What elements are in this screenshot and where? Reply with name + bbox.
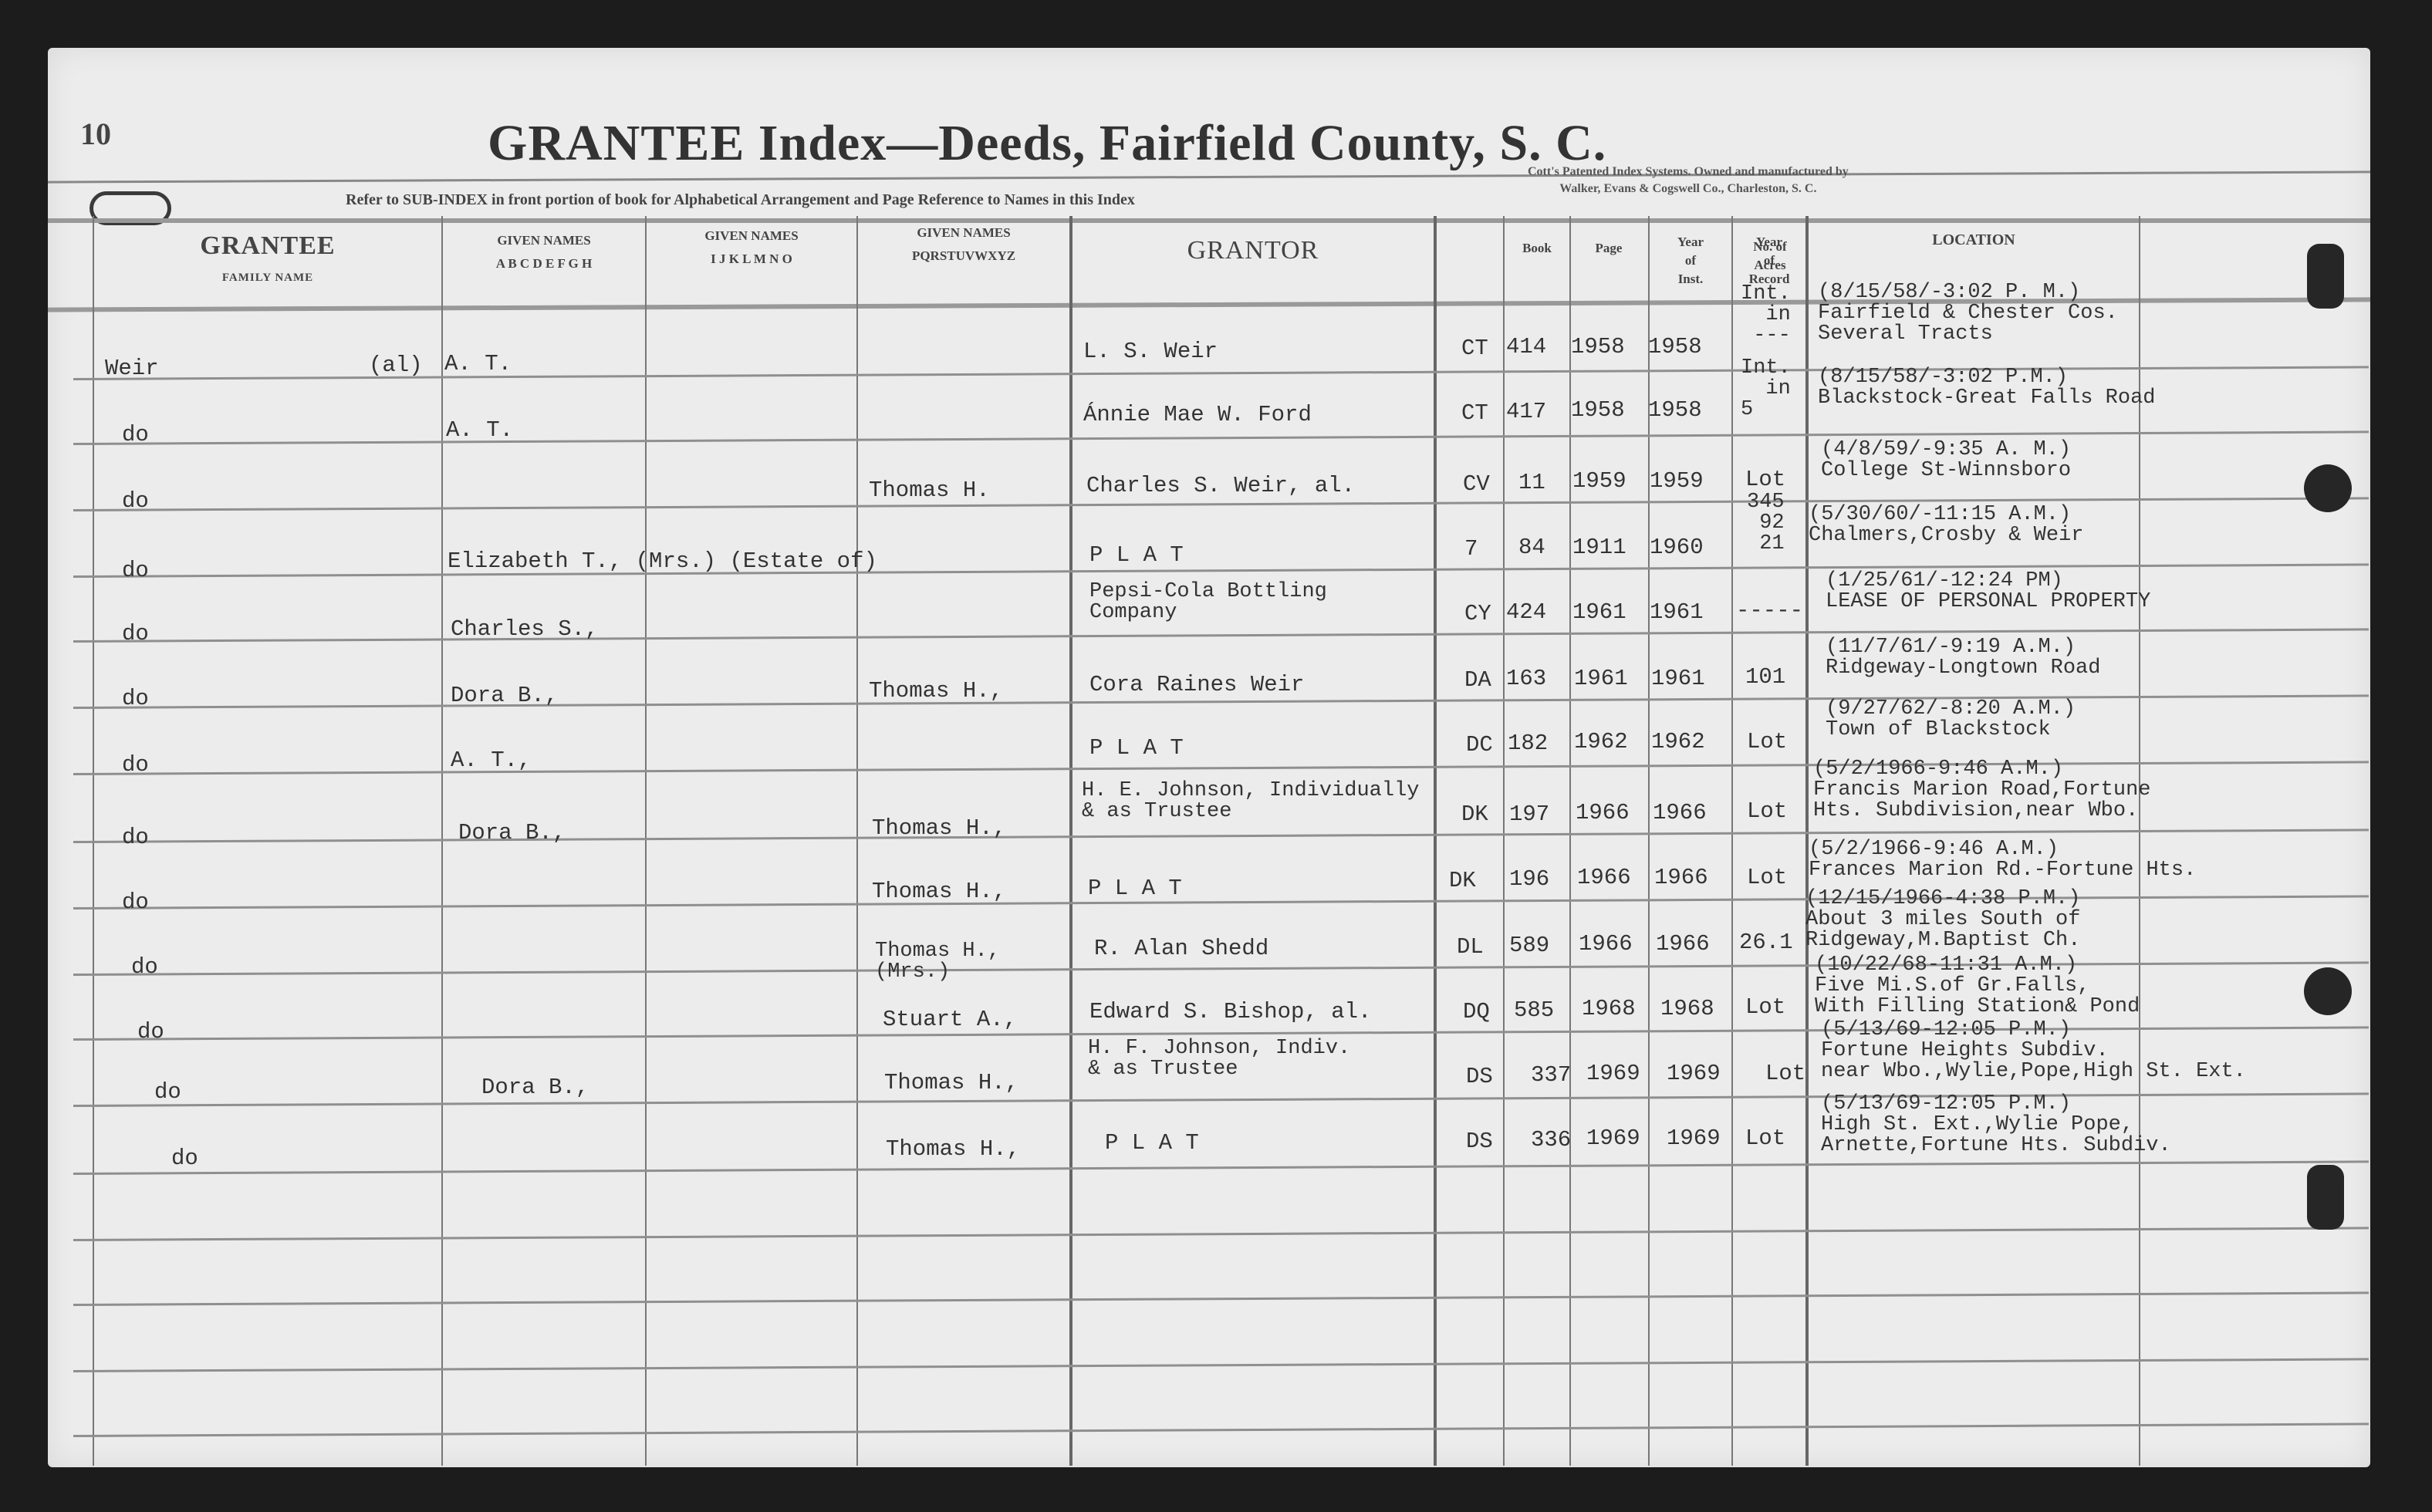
row-given-a-h: Dora B., (458, 821, 566, 845)
row-given-a-h: A. T., (451, 748, 531, 773)
header-location-label: LOCATION (1932, 231, 2015, 248)
row-year-inst: 1968 (1582, 997, 1636, 1021)
header-grantor: GRANTOR (1072, 236, 1434, 265)
row-year-record: 1959 (1650, 469, 1704, 494)
row-year-record: 1966 (1653, 801, 1707, 825)
row-grantor: P L A T (1105, 1131, 1199, 1156)
header-given-a-h: GIVEN NAMES A B C D E F G H (443, 231, 645, 273)
row-year-record: 1966 (1654, 866, 1708, 890)
row-location: (5/30/60/-11:15 A.M.) Chalmers,Crosby & … (1809, 505, 2083, 546)
row-location: (8/15/58/-3:02 P.M.) Blackstock-Great Fa… (1818, 367, 2155, 409)
row-family-note: (al) (369, 353, 423, 378)
row-family-name: do (122, 753, 149, 778)
row-year-inst: 1966 (1579, 932, 1633, 957)
row-book: DK (1449, 869, 1476, 893)
row-page: 182 (1508, 731, 1548, 756)
row-book: DA (1464, 668, 1491, 693)
row-year-record: 1969 (1667, 1126, 1721, 1151)
row-location: (8/15/58/-3:02 P. M.) Fairfield & Cheste… (1818, 282, 2118, 345)
row-location: (5/2/1966-9:46 A.M.) Francis Marion Road… (1813, 759, 2150, 822)
header-year-inst: Year of Inst. (1650, 219, 1731, 302)
row-acres: Lot (1745, 1126, 1785, 1151)
row-book: 7 (1464, 537, 1478, 562)
row-given-p-z: Thomas H., (872, 879, 1006, 904)
row-given-p-z: Thomas H., (Mrs.) (875, 941, 1000, 983)
header-book: Book (1505, 239, 1569, 258)
row-given-p-z: Thomas H., (884, 1071, 1018, 1095)
row-given-a-h: Elizabeth T., (Mrs.) (Estate of) (448, 549, 877, 574)
row-book: DK (1461, 802, 1488, 827)
row-year-inst: 1966 (1577, 866, 1631, 890)
row-location: (9/27/62/-8:20 A.M.) Town of Blackstock (1826, 699, 2076, 741)
row-family-name: do (171, 1146, 198, 1171)
row-family-name: do (131, 955, 158, 980)
header-grantee: GRANTEE FAMILY NAME (94, 231, 441, 285)
row-page: 196 (1509, 867, 1549, 892)
header-page-label: Page (1571, 239, 1647, 258)
punch-hole-icon (2307, 244, 2344, 309)
row-grantor: R. Alan Shedd (1094, 937, 1268, 961)
row-grantor: P L A T (1088, 876, 1182, 901)
col-line (856, 216, 858, 1466)
header-book-label: Book (1505, 239, 1569, 258)
row-family-name: do (122, 559, 149, 583)
header-given-i-o: GIVEN NAMES I J K L M N O (647, 227, 856, 268)
row-acres: 101 (1745, 665, 1785, 690)
header-grantor-label: GRANTOR (1187, 236, 1319, 265)
row-year-inst: 1961 (1574, 667, 1628, 691)
row-page: 337 (1531, 1063, 1571, 1088)
row-acres: Int. in 5 (1741, 358, 1791, 420)
manufacturer-line-1: Cott's Patented Index Systems. Owned and… (1528, 164, 1849, 181)
row-book: DS (1466, 1129, 1493, 1154)
row-family-name: do (122, 423, 149, 447)
row-page: 197 (1509, 802, 1549, 827)
row-given-p-z: Thomas H. (869, 478, 990, 503)
punch-hole-icon (2304, 464, 2352, 512)
header-top-rule (48, 218, 2370, 223)
row-location: (5/13/69-12:05 P.M.) High St. Ext.,Wylie… (1821, 1094, 2171, 1156)
row-year-record: 1966 (1656, 932, 1710, 957)
header-given-letters: I J K L M N O (647, 250, 856, 268)
row-location: (10/22/68-11:31 A.M.) Five Mi.S.of Gr.Fa… (1815, 955, 2140, 1018)
row-acres: Lot (1745, 995, 1785, 1020)
row-given-p-z: Stuart A., (883, 1007, 1017, 1032)
manufacturer-line-2: Walker, Evans & Cogswell Co., Charleston… (1528, 181, 1849, 197)
row-year-inst: 1959 (1572, 469, 1626, 494)
row-location: (4/8/59/-9:35 A. M.) College St-Winnsbor… (1821, 440, 2071, 481)
row-family-name: do (122, 825, 149, 850)
col-line (1434, 216, 1437, 1466)
row-given-p-z: Thomas H., (872, 816, 1006, 841)
row-year-inst: 1969 (1586, 1126, 1640, 1151)
row-acres: Lot (1745, 467, 1785, 492)
header-given-letters: A B C D E F G H (443, 255, 645, 273)
row-page: 417 (1506, 400, 1546, 424)
row-acres: 345 92 21 (1747, 492, 1785, 555)
row-given-a-h: Dora B., (481, 1075, 589, 1100)
row-location: (11/7/61/-9:19 A.M.) Ridgeway-Longtown R… (1826, 637, 2100, 679)
row-acres: Int. in --- (1741, 284, 1791, 346)
row-grantor: H. E. Johnson, Individually & as Trustee (1082, 781, 1419, 822)
row-book: CY (1464, 602, 1491, 626)
row-page: 424 (1506, 600, 1546, 625)
row-page: 84 (1518, 535, 1545, 560)
row-family-name: do (122, 489, 149, 514)
row-grantor: Cora Raines Weir (1089, 673, 1304, 697)
row-grantor: P L A T (1089, 543, 1184, 568)
row-grantor: Charles S. Weir, al. (1086, 474, 1355, 498)
row-acres: ----- (1736, 599, 1803, 623)
row-page: 589 (1509, 933, 1549, 958)
row-book: DQ (1463, 1000, 1490, 1024)
row-year-record: 1969 (1667, 1061, 1721, 1086)
row-given-p-z: Thomas H., (886, 1137, 1020, 1162)
header-given-p-z: GIVEN NAMES PQRSTUVWXYZ (858, 224, 1069, 265)
row-given-a-h: Charles S., (451, 617, 598, 642)
row-book: CT (1461, 401, 1488, 426)
row-acres: 26.1 (1739, 930, 1793, 955)
row-grantor: L. S. Weir (1083, 339, 1218, 364)
row-book: CT (1461, 336, 1488, 361)
header-grantee-sub: FAMILY NAME (94, 272, 441, 285)
row-given-a-h: A. T. (446, 418, 513, 443)
header-page: Page (1571, 239, 1647, 258)
row-year-record: 1960 (1650, 535, 1704, 560)
row-page: 414 (1506, 335, 1546, 359)
row-acres: Lot (1747, 799, 1787, 824)
row-page: 11 (1518, 471, 1545, 495)
row-location: (5/2/1966-9:46 A.M.) Frances Marion Rd.-… (1809, 839, 2196, 881)
row-year-record: 1958 (1648, 398, 1702, 423)
row-book: DS (1466, 1065, 1493, 1089)
row-grantor: P L A T (1089, 736, 1184, 761)
card-number: 10 (80, 116, 111, 152)
row-family-name: Weir (105, 356, 159, 381)
row-family-name: do (137, 1020, 164, 1045)
page-title: GRANTEE Index—Deeds, Fairfield County, S… (488, 114, 1606, 173)
row-year-record: 1968 (1660, 997, 1714, 1021)
row-acres: Lot (1765, 1061, 1805, 1086)
header-given-label: GIVEN NAMES (647, 227, 856, 245)
header-grantee-label: GRANTEE (200, 231, 335, 260)
row-given-p-z: Thomas H., (869, 679, 1003, 704)
row-grantor: Pepsi-Cola Bottling Company (1089, 582, 1327, 623)
row-given-a-h: Dora B., (451, 683, 558, 708)
row-grantor: Edward S. Bishop, al. (1089, 1000, 1371, 1024)
row-acres: Lot (1747, 730, 1787, 754)
col-line (1069, 216, 1072, 1466)
row-location: (12/15/1966-4:38 P.M.) About 3 miles Sou… (1805, 889, 2080, 951)
subtitle: Refer to SUB-INDEX in front portion of b… (346, 191, 1135, 209)
row-family-name: do (154, 1080, 181, 1105)
header-location: LOCATION (1809, 231, 2139, 249)
punch-hole-icon (2307, 1165, 2344, 1230)
header-acres-label: No. of Acres (1734, 238, 1805, 275)
row-family-name: do (122, 687, 149, 711)
row-family-name: do (122, 622, 149, 646)
header-acres-cell: No. of Acres (1734, 224, 1805, 289)
header-year-inst-label: Year of Inst. (1650, 233, 1731, 289)
row-grantor: H. F. Johnson, Indiv. & as Trustee (1088, 1038, 1350, 1080)
header-given-label: GIVEN NAMES (858, 224, 1069, 242)
row-year-record: 1958 (1648, 335, 1702, 359)
col-line (1731, 216, 1733, 1466)
row-year-inst: 1969 (1586, 1061, 1640, 1086)
row-page: 585 (1514, 998, 1554, 1023)
row-year-record: 1961 (1651, 667, 1705, 691)
row-year-inst: 1966 (1576, 801, 1630, 825)
col-line (1503, 216, 1505, 1466)
row-year-inst: 1911 (1572, 535, 1626, 560)
header-given-letters: PQRSTUVWXYZ (858, 247, 1069, 265)
row-page: 336 (1531, 1128, 1571, 1153)
punch-hole-icon (2304, 967, 2352, 1015)
row-location: (5/13/69-12:05 P.M.) Fortune Heights Sub… (1821, 1020, 2246, 1082)
row-page: 163 (1506, 667, 1546, 691)
row-year-inst: 1961 (1572, 600, 1626, 625)
row-book: DL (1457, 935, 1484, 960)
row-location: (1/25/61/-12:24 PM) LEASE OF PERSONAL PR… (1826, 571, 2150, 613)
row-year-inst: 1958 (1571, 398, 1625, 423)
row-acres: Lot (1747, 866, 1787, 890)
row-book: DC (1466, 733, 1493, 758)
header-given-label: GIVEN NAMES (443, 231, 645, 250)
row-given-a-h: A. T. (444, 352, 512, 376)
row-year-inst: 1958 (1571, 335, 1625, 359)
row-family-name: do (122, 890, 149, 915)
row-year-record: 1962 (1651, 730, 1705, 754)
manufacturer-note: Cott's Patented Index Systems. Owned and… (1528, 164, 1849, 197)
row-year-record: 1961 (1650, 600, 1704, 625)
row-grantor: Ánnie Mae W. Ford (1083, 403, 1312, 427)
row-year-inst: 1962 (1574, 730, 1628, 754)
row-book: CV (1463, 472, 1490, 497)
col-line (645, 216, 647, 1466)
